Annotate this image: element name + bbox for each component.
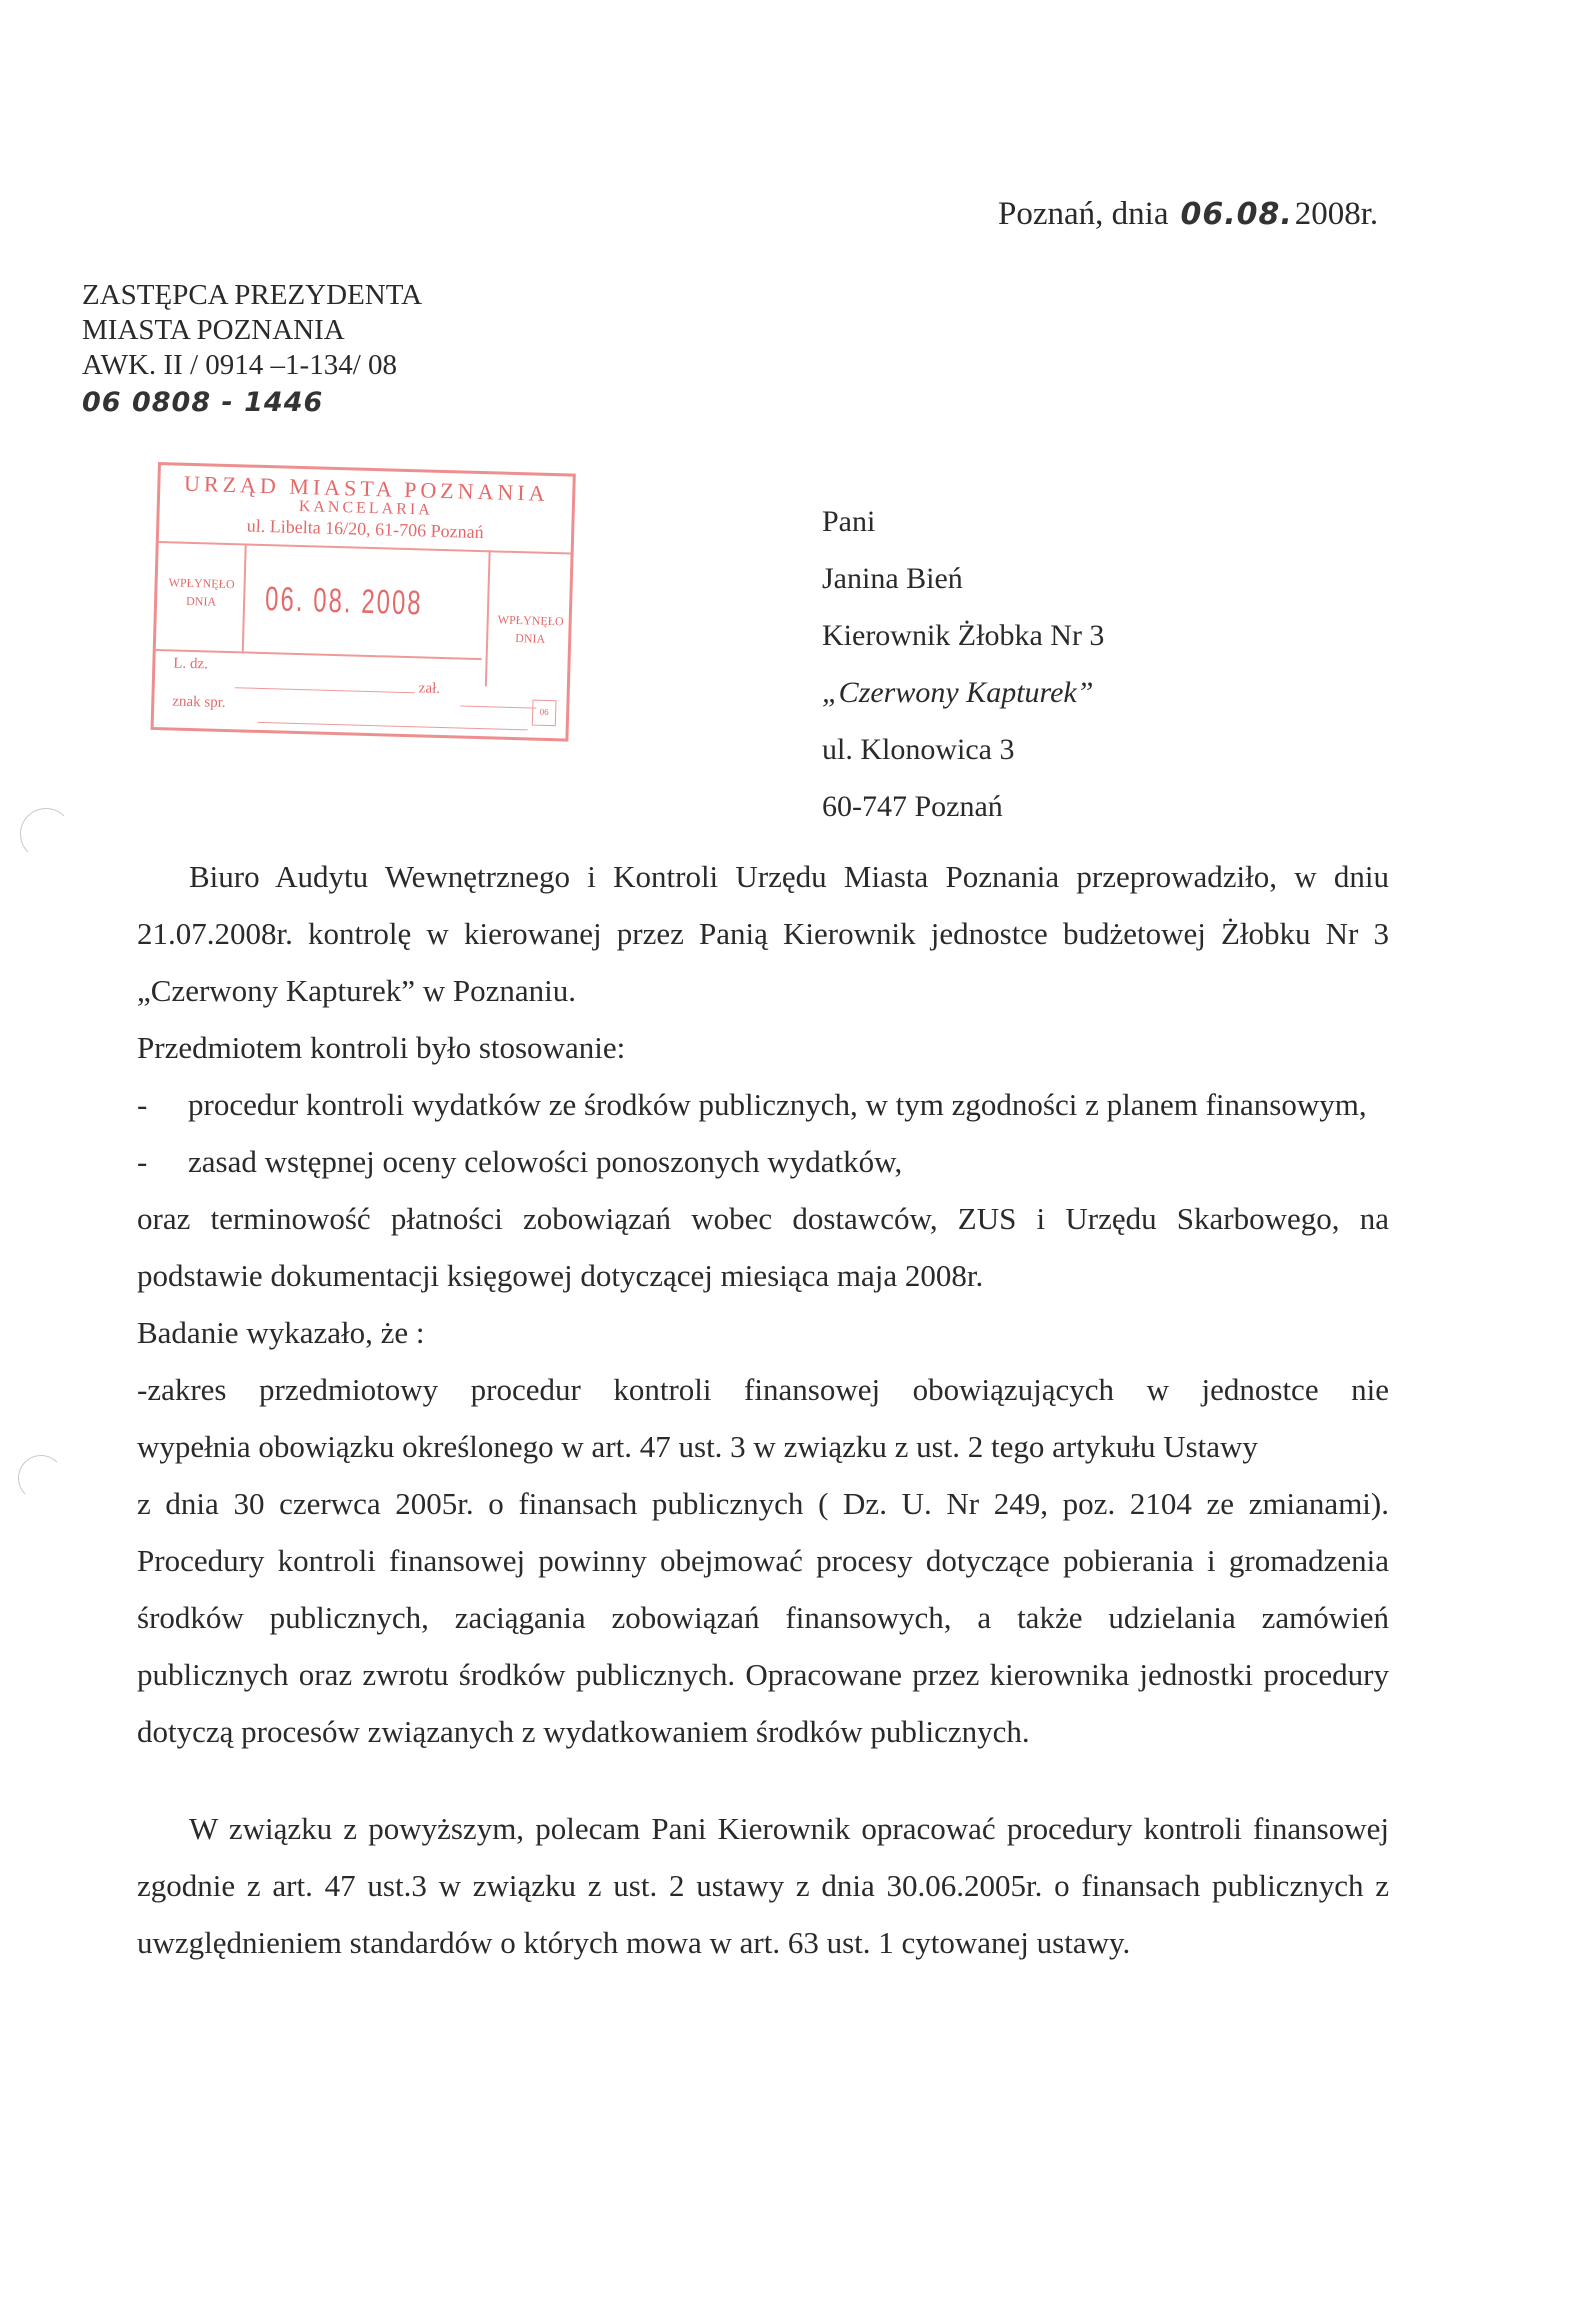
subject-item: - procedur kontroli wydatków ze środków …	[137, 1076, 1389, 1133]
letterhead-line-2: MIASTA POZNANIA	[82, 313, 422, 348]
findings-heading: Badanie wykazało, że :	[137, 1304, 1389, 1361]
stamp-divider	[485, 550, 491, 686]
stamp-received-label-right: WPŁYNĘŁO DNIA	[492, 610, 569, 648]
stamp-ldz-label: L. dz.	[173, 656, 208, 674]
sender-letterhead: ZASTĘPCA PREZYDENTA MIASTA POZNANIA AWK.…	[82, 278, 422, 420]
recipient-institution: „Czerwony Kapturek”	[822, 664, 1104, 721]
place-date-prefix: Poznań, dnia	[998, 196, 1168, 232]
findings-line-2: wypełnia obowiązku określonego w art. 47…	[137, 1418, 1389, 1475]
findings-line-1: -zakres przedmiotowy procedur kontroli f…	[137, 1361, 1389, 1418]
stamp-znak-line	[258, 722, 528, 731]
stamp-box-mark: 06	[532, 700, 557, 727]
stamp-znak-label: znak spr.	[172, 693, 226, 711]
subject-tail: oraz terminowość płatności zobowiązań wo…	[137, 1190, 1389, 1304]
recommendation-paragraph: W związku z powyższym, polecam Pani Kier…	[137, 1800, 1389, 1971]
stamp-zal-label: zał.	[419, 680, 441, 698]
subject-item: - zasad wstępnej oceny celowości ponoszo…	[137, 1133, 1389, 1190]
recipient-postal-city: 60-747 Poznań	[822, 778, 1104, 835]
recipient-position: Kierownik Żłobka Nr 3	[822, 607, 1104, 664]
date-year: 2008r.	[1295, 196, 1378, 232]
stamp-divider	[159, 541, 571, 555]
stamp-received-date: 06. 08. 2008	[265, 580, 424, 623]
handwritten-date: 06.08.	[1180, 197, 1292, 232]
subject-item-text: zasad wstępnej oceny celowości ponoszony…	[188, 1133, 1389, 1190]
stamp-divider	[242, 543, 247, 651]
subject-item-text: procedur kontroli wydatków ze środków pu…	[188, 1076, 1389, 1133]
place-date-line: Poznań, dnia06.08.2008r.	[998, 196, 1378, 233]
handwritten-registry-number: 06 0808 - 1446	[82, 385, 422, 420]
recipient-salutation: Pani	[822, 493, 1104, 550]
stamp-ldz-line	[235, 687, 415, 693]
incoming-mail-stamp: URZĄD MIASTA POZNANIA KANCELARIA ul. Lib…	[151, 462, 576, 742]
stamp-received-label-left: WPŁYNĘŁO DNIA	[161, 573, 242, 611]
intro-paragraph: Biuro Audytu Wewnętrznego i Kontroli Urz…	[137, 848, 1389, 1019]
letterhead-line-1: ZASTĘPCA PREZYDENTA	[82, 278, 422, 313]
dash-bullet: -	[137, 1076, 188, 1133]
paragraph-gap	[137, 1760, 1389, 1800]
punch-hole-mark	[20, 808, 72, 860]
recipient-address: Pani Janina Bień Kierownik Żłobka Nr 3 „…	[822, 493, 1104, 835]
recipient-street: ul. Klonowica 3	[822, 721, 1104, 778]
punch-hole-mark	[18, 1455, 64, 1501]
recipient-name: Janina Bień	[822, 550, 1104, 607]
findings-line-3: z dnia 30 czerwca 2005r. o finansach pub…	[137, 1475, 1389, 1532]
reference-number: AWK. II / 0914 –1-134/ 08	[82, 348, 422, 383]
subject-heading: Przedmiotem kontroli było stosowanie:	[137, 1019, 1389, 1076]
stamp-header: URZĄD MIASTA POZNANIA KANCELARIA ul. Lib…	[159, 473, 573, 544]
letter-body: Biuro Audytu Wewnętrznego i Kontroli Urz…	[137, 848, 1389, 1971]
findings-paragraph: Procedury kontroli finansowej powinny ob…	[137, 1532, 1389, 1760]
stamp-zal-line	[460, 706, 536, 709]
dash-bullet: -	[137, 1133, 188, 1190]
